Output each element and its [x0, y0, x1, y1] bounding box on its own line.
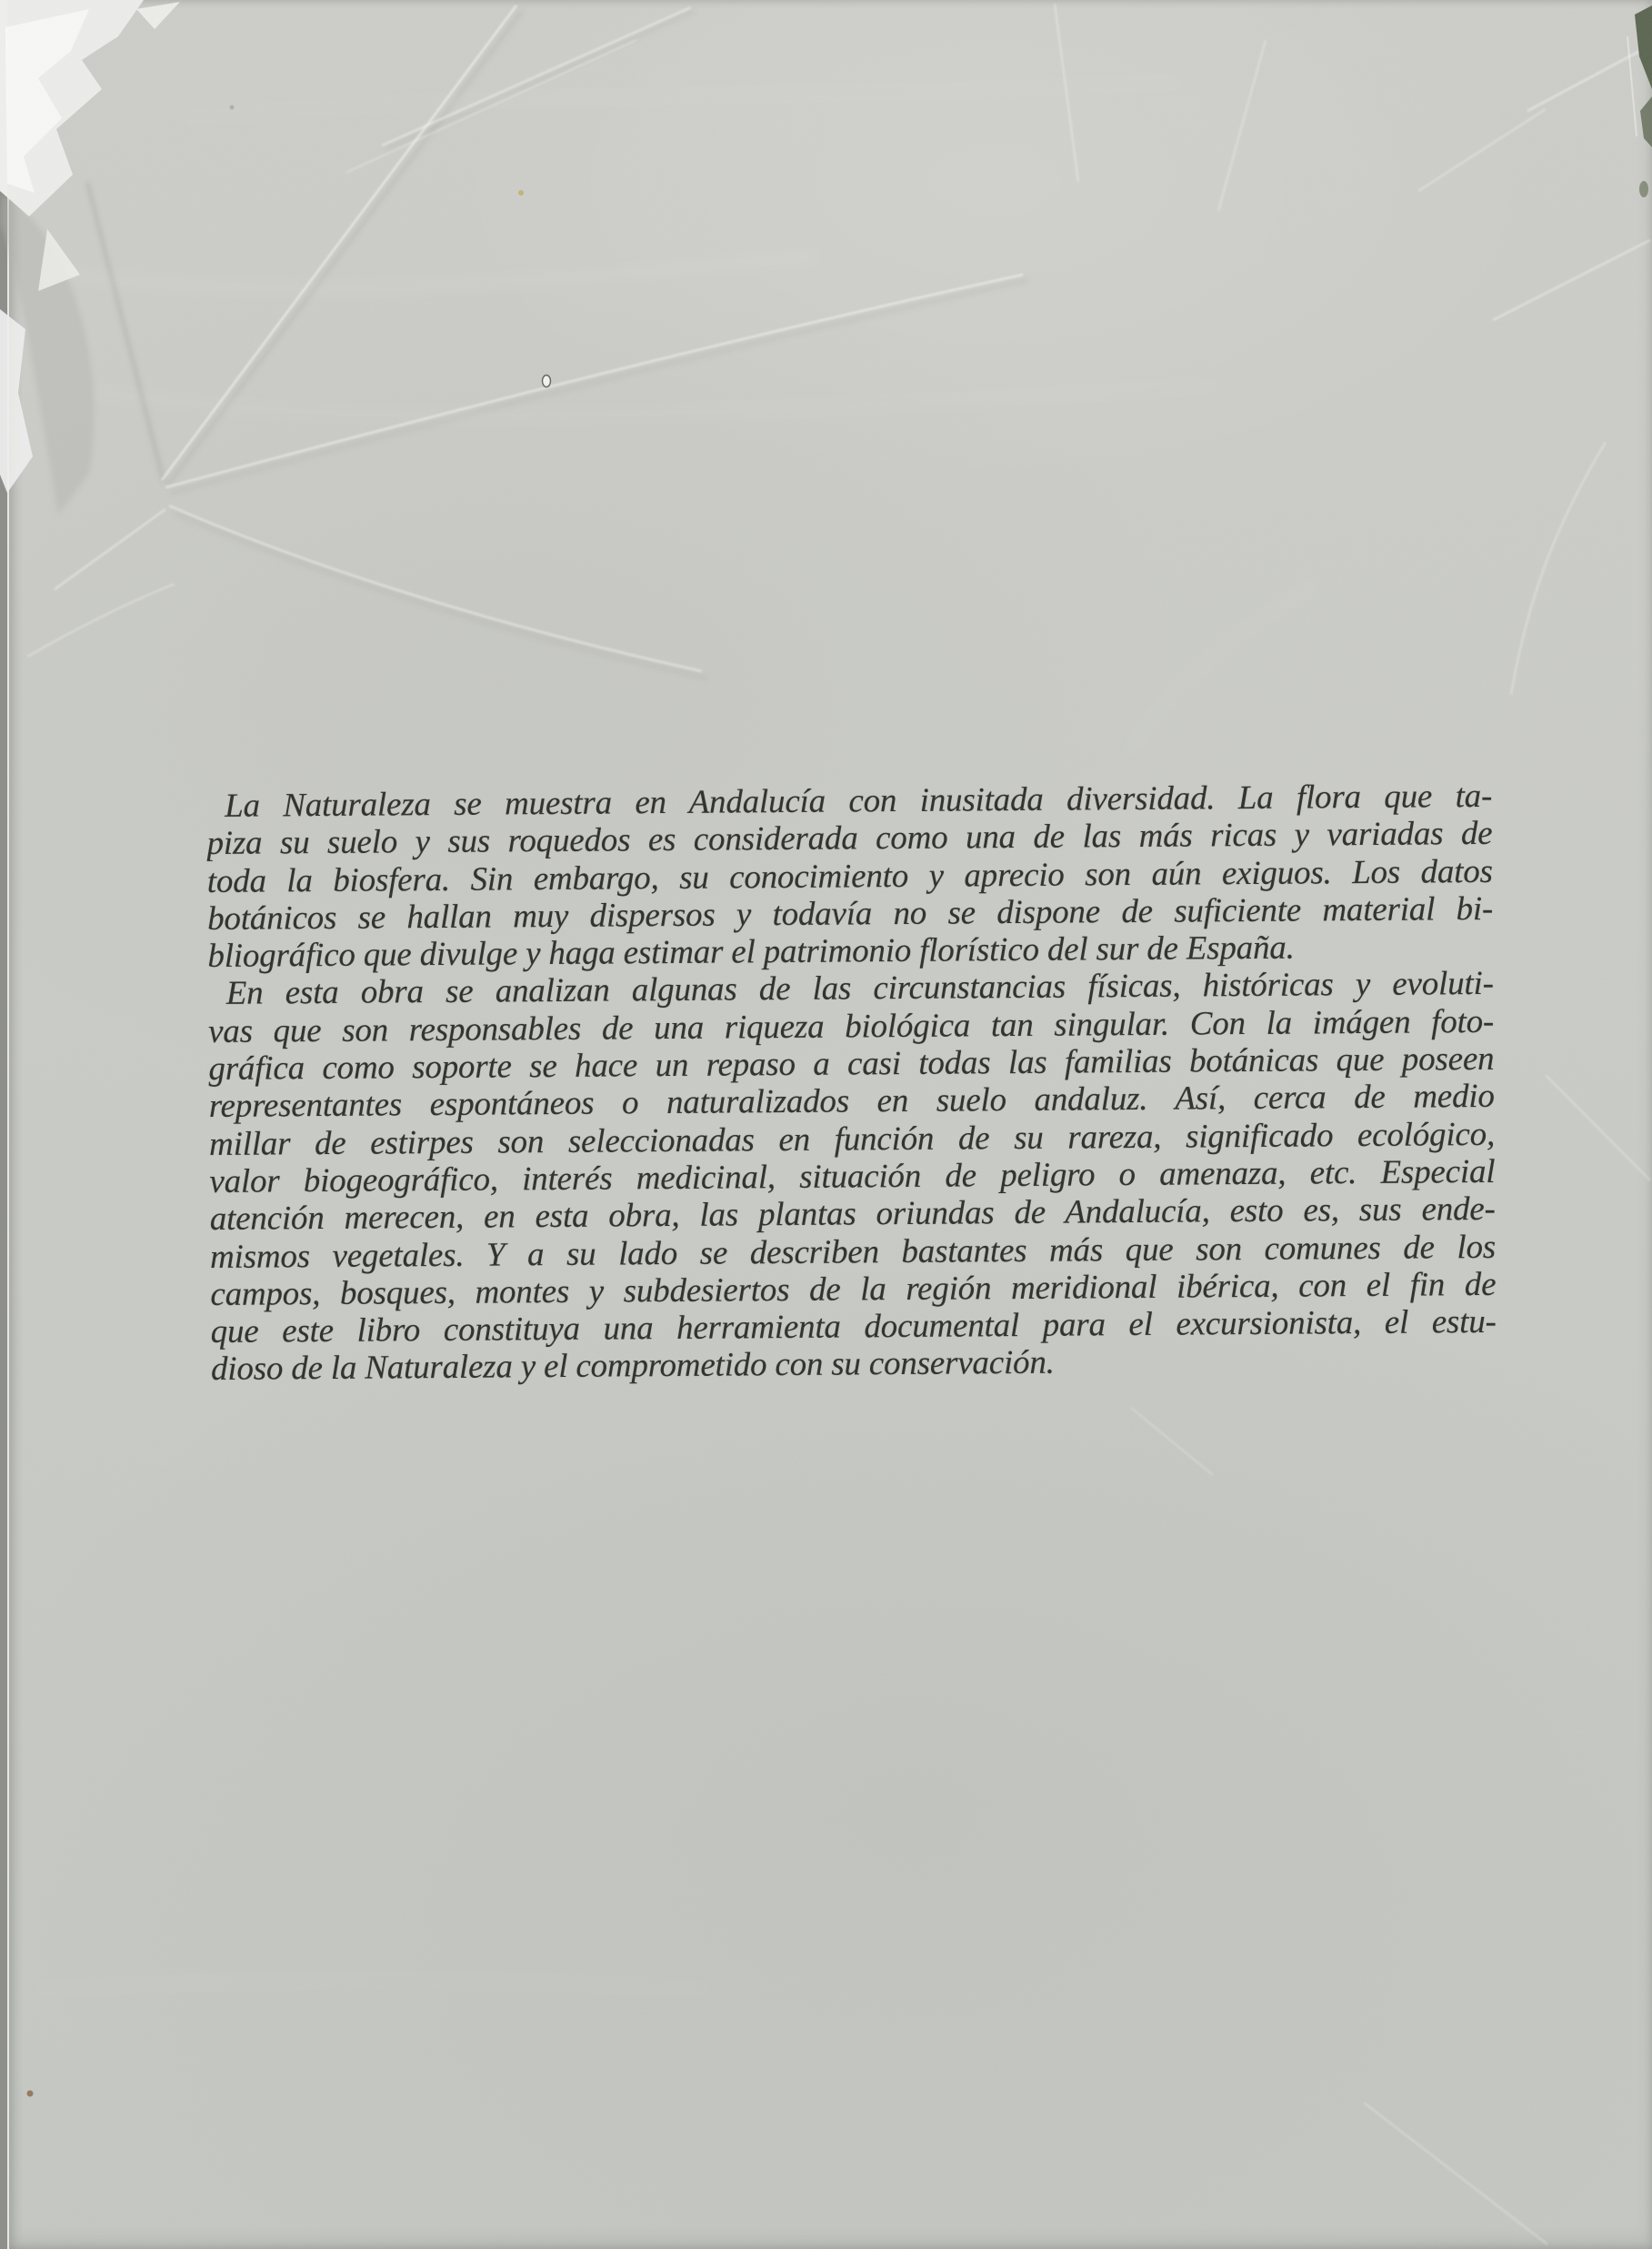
back-cover-text: La Naturaleza se muestra en Andalucía co… — [206, 778, 1497, 1389]
scanned-book-back-cover: La Naturaleza se muestra en Andalucía co… — [0, 0, 1652, 2249]
paragraph-2: En esta obra se analizan algunas de las … — [208, 965, 1497, 1388]
paragraph-1: La Naturaleza se muestra en Andalucía co… — [206, 778, 1494, 976]
